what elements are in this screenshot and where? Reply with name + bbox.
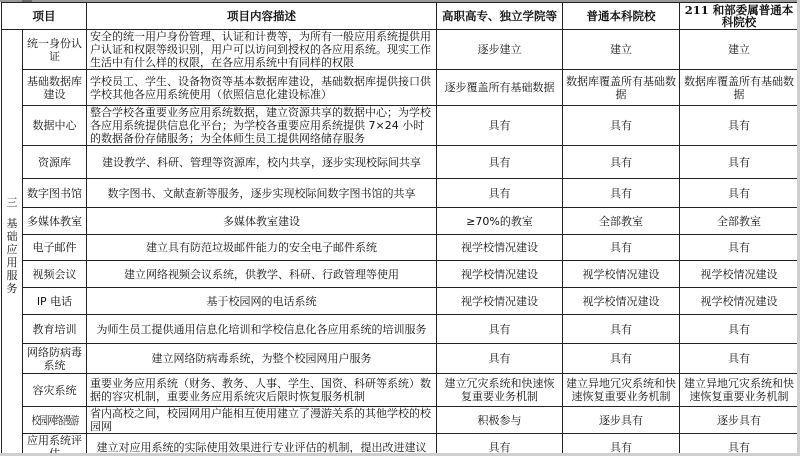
- tier3-value: 全部教室: [680, 208, 799, 235]
- section-label-cell: 三 基础应用服务: [2, 30, 23, 456]
- item-description: 省内高校之间，校园网用户能相互使用建立了漫游关系的其他学校的校园网: [87, 407, 437, 434]
- table-row: 教育培训 为师生员工提供通用信息化培训和学校信息化各应用系统的培训服务 具有 具…: [2, 315, 799, 344]
- tier2-value: 具有: [563, 106, 680, 146]
- tier3-value: 具有: [680, 315, 799, 344]
- tier3-value: 建立异地冗灾系统和快速恢复重要业务机制: [680, 374, 799, 407]
- header-item: 项目: [2, 3, 87, 30]
- table-row: IP 电话 基于校园网的电话系统 视学校情况建设 视学校情况建设 视学校情况建设: [2, 288, 799, 315]
- table-row: 网络防病毒系统 建立网络防病毒系统，为整个校园网用户服务 具有 具有 具有: [2, 344, 799, 374]
- tier2-value: 具有: [563, 146, 680, 179]
- item-name: 电子邮件: [23, 235, 87, 261]
- tier3-value: 逐步具有: [680, 407, 799, 434]
- table-row: 电子邮件 建立具有防范垃圾邮件能力的安全电子邮件系统 视学校情况建设 具有 具有: [2, 235, 799, 261]
- item-name: 多媒体教室: [23, 208, 87, 235]
- item-name: 统一身份认证: [23, 30, 87, 70]
- item-name: 视频会议: [23, 261, 87, 288]
- tier3-value: 具有: [680, 344, 799, 374]
- item-name: 数据中心: [23, 106, 87, 146]
- tier1-value: 逐步覆盖所有基础数据: [437, 70, 563, 106]
- header-row: 项目 项目内容描述 高职高专、独立学院等 普通本科院校 211 和部委属普通本科…: [2, 3, 799, 30]
- item-description: 重要业务应用系统（财务、教务、人事、学生、国资、科研等系统）数据的容灾机制，重要…: [87, 374, 437, 407]
- tier1-value: 具有: [437, 179, 563, 208]
- section-label: 基础应用服务: [6, 217, 18, 295]
- header-description: 项目内容描述: [87, 3, 437, 30]
- item-name: 资源库: [23, 146, 87, 179]
- tier3-value: 具有: [680, 146, 799, 179]
- tier3-value: 具有: [680, 106, 799, 146]
- table-row: 三 基础应用服务 统一身份认证 安全的统一用户身份管理、认证和计费等，为所有一般…: [2, 30, 799, 70]
- item-description: 多媒体教室建设: [87, 208, 437, 235]
- requirements-table: 项目 项目内容描述 高职高专、独立学院等 普通本科院校 211 和部委属普通本科…: [1, 2, 799, 456]
- table-row: 基础数据库建设 学校员工、学生、设备物资等基本数据库建设，基础数据库提供接口供学…: [2, 70, 799, 106]
- tier1-value: ≥70%的教室: [437, 208, 563, 235]
- tier1-value: 具有: [437, 146, 563, 179]
- item-name: 网络防病毒系统: [23, 344, 87, 374]
- table-row: 资源库 建设教学、科研、管理等资源库，校内共享，逐步实现校际间共享 具有 具有 …: [2, 146, 799, 179]
- table-row: 多媒体教室 多媒体教室建设 ≥70%的教室 全部教室 全部教室: [2, 208, 799, 235]
- tier1-value: 建立冗灾系统和快速恢复重要业务机制: [437, 374, 563, 407]
- header-tier1: 高职高专、独立学院等: [437, 3, 563, 30]
- item-description: 建立网络视频会议系统，供教学、科研、行政管理等使用: [87, 261, 437, 288]
- item-name: IP 电话: [23, 288, 87, 315]
- tier2-value: 逐步具有: [563, 407, 680, 434]
- item-description: 建立网络防病毒系统，为整个校园网用户服务: [87, 344, 437, 374]
- tier2-value: 具有: [563, 344, 680, 374]
- tier2-value: 视学校情况建设: [563, 261, 680, 288]
- tier1-value: 逐步建立: [437, 30, 563, 70]
- table-row: 校园网络漫游 省内高校之间，校园网用户能相互使用建立了漫游关系的其他学校的校园网…: [2, 407, 799, 434]
- item-name: 数字图书馆: [23, 179, 87, 208]
- item-name: 基础数据库建设: [23, 70, 87, 106]
- table-row: 容灾系统 重要业务应用系统（财务、教务、人事、学生、国资、科研等系统）数据的容灾…: [2, 374, 799, 407]
- item-name: 校园网络漫游: [23, 407, 87, 434]
- tier3-value: 视学校情况建设: [680, 288, 799, 315]
- tier1-value: 具有: [437, 106, 563, 146]
- tier1-value: 积极参与: [437, 407, 563, 434]
- tier3-value: 建立: [680, 30, 799, 70]
- tier2-value: 具有: [563, 235, 680, 261]
- table-row: 数据中心 整合学校各重要业务应用系统数据，建立资源共享的数据中心；为学校各应用系…: [2, 106, 799, 146]
- tier3-value: 视学校情况建设: [680, 261, 799, 288]
- tier2-value: 数据库覆盖所有基础数据: [563, 70, 680, 106]
- item-name: 容灾系统: [23, 374, 87, 407]
- item-description: 学校员工、学生、设备物资等基本数据库建设，基础数据库提供接口供学校其他各应用系统…: [87, 70, 437, 106]
- tier3-value: 具有: [680, 179, 799, 208]
- tier2-value: 具有: [563, 315, 680, 344]
- header-tier3: 211 和部委属普通本科院校: [680, 3, 799, 30]
- item-description: 数字图书、文献查新等服务，逐步实现校际间数字图书馆的共享: [87, 179, 437, 208]
- tier2-value: 建立: [563, 30, 680, 70]
- tier1-value: 视学校情况建设: [437, 235, 563, 261]
- header-tier2: 普通本科院校: [563, 3, 680, 30]
- tier3-value: 数据库覆盖所有基础数据: [680, 70, 799, 106]
- table-row: 数字图书馆 数字图书、文献查新等服务，逐步实现校际间数字图书馆的共享 具有 具有…: [2, 179, 799, 208]
- item-description: 整合学校各重要业务应用系统数据，建立资源共享的数据中心；为学校各应用系统提供信息…: [87, 106, 437, 146]
- item-name-condensed: 校园网络漫游: [31, 414, 78, 427]
- item-description: 建立具有防范垃圾邮件能力的安全电子邮件系统: [87, 235, 437, 261]
- item-description: 安全的统一用户身份管理、认证和计费等，为所有一般应用系统提供用户认证和权限等级识…: [87, 30, 437, 70]
- item-description: 为师生员工提供通用信息化培训和学校信息化各应用系统的培训服务: [87, 315, 437, 344]
- table-row: 视频会议 建立网络视频会议系统，供教学、科研、行政管理等使用 视学校情况建设 视…: [2, 261, 799, 288]
- tier2-value: 建立异地冗灾系统和快速恢复重要业务机制: [563, 374, 680, 407]
- tier1-value: 具有: [437, 344, 563, 374]
- tier3-value: 具有: [680, 235, 799, 261]
- tier1-value: 视学校情况建设: [437, 288, 563, 315]
- tier2-value: 视学校情况建设: [563, 288, 680, 315]
- tier1-value: 具有: [437, 315, 563, 344]
- item-description: 基于校园网的电话系统: [87, 288, 437, 315]
- tier2-value: 具有: [563, 179, 680, 208]
- item-name: 教育培训: [23, 315, 87, 344]
- tier1-value: 视学校情况建设: [437, 261, 563, 288]
- tier2-value: 全部教室: [563, 208, 680, 235]
- section-number: 三: [6, 196, 18, 209]
- item-description: 建设教学、科研、管理等资源库，校内共享，逐步实现校际间共享: [87, 146, 437, 179]
